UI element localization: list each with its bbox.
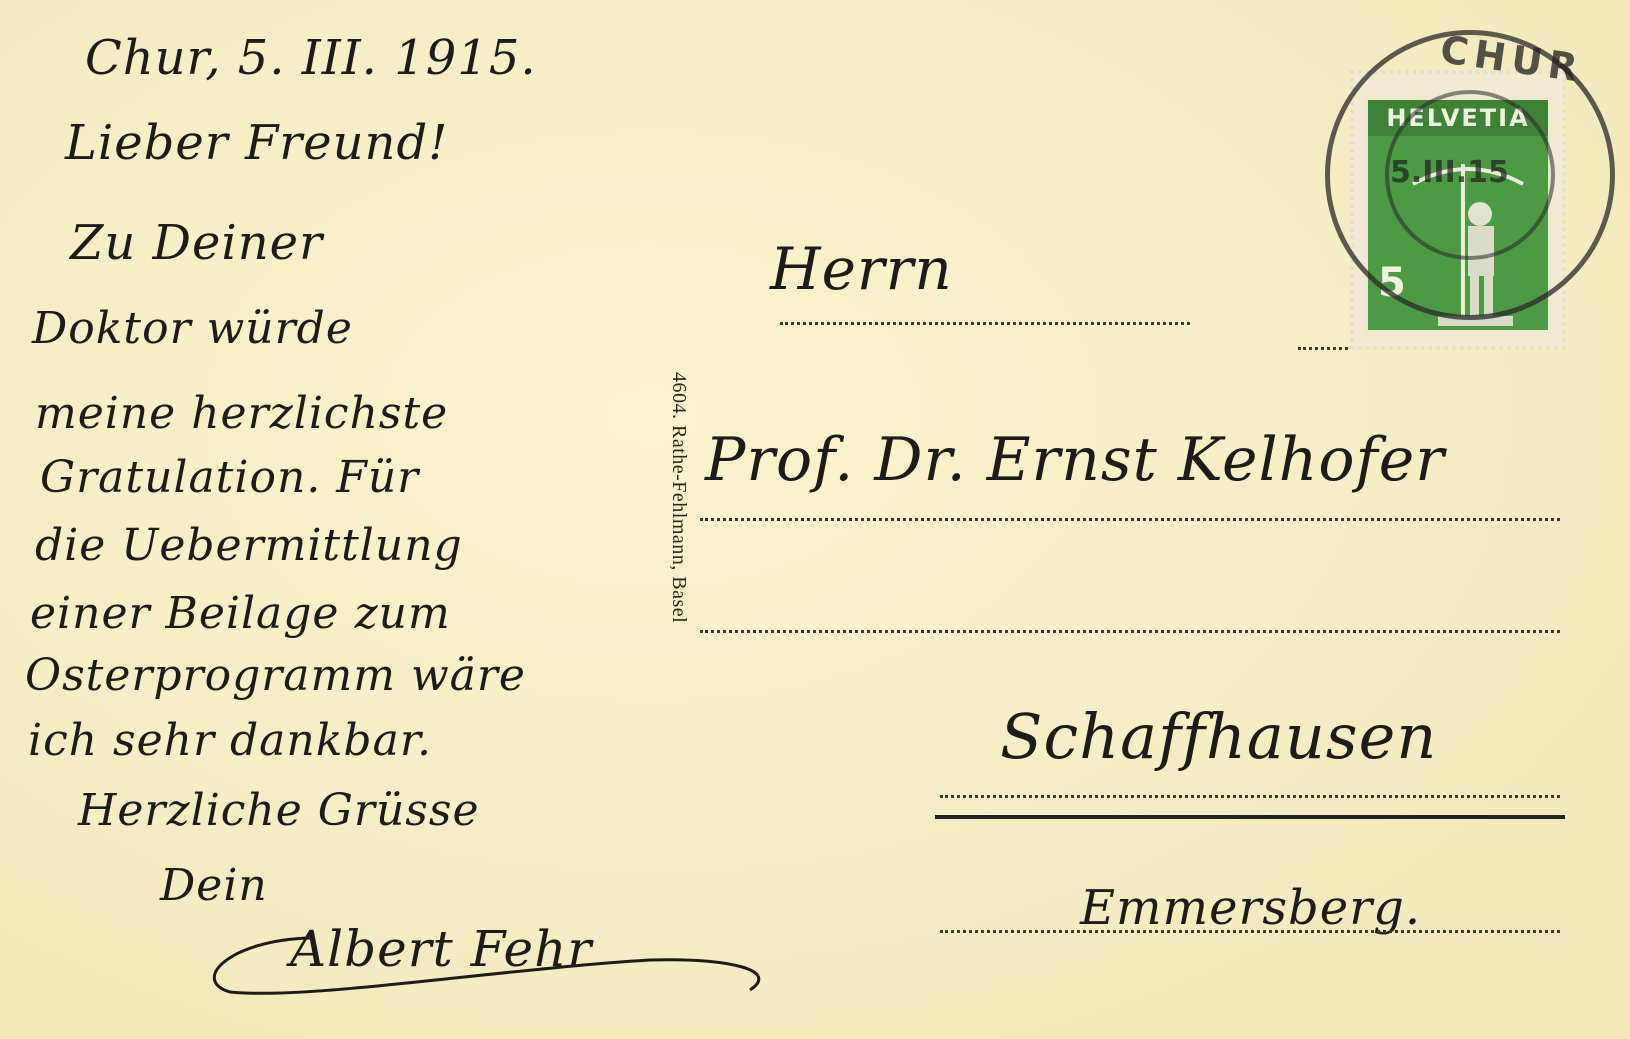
address-name: Prof. Dr. Ernst Kelhofer xyxy=(705,425,1445,495)
letter-line-7: Osterprogramm wäre xyxy=(25,650,526,701)
letter-line-8: ich sehr dankbar. xyxy=(28,715,432,766)
letter-line-1: Zu Deiner xyxy=(70,215,323,271)
address-line-1 xyxy=(780,322,1190,325)
tell-boy-crossbow-icon xyxy=(1408,144,1528,334)
letter-line-4: Gratulation. Für xyxy=(40,452,419,503)
letter-line-6: einer Beilage zum xyxy=(30,588,451,639)
address-city: Schaffhausen xyxy=(1000,700,1437,773)
address-city-underline xyxy=(935,815,1565,819)
letter-dateline: Chur, 5. III. 1915. xyxy=(85,30,537,86)
stamp-country: HELVETIA xyxy=(1368,100,1548,136)
address-line-2 xyxy=(700,518,1560,521)
postage-stamp: HELVETIA 5 xyxy=(1350,70,1566,350)
letter-line-2: Doktor würde xyxy=(32,303,353,354)
stamp-value: 5 xyxy=(1378,260,1406,306)
address-street: Emmersberg. xyxy=(1080,880,1421,936)
letter-salutation: Lieber Freund! xyxy=(65,115,448,171)
letter-signature: Albert Fehr xyxy=(290,920,592,978)
letter-line-5: die Uebermittlung xyxy=(35,520,463,571)
address-line-5 xyxy=(940,930,1560,933)
letter-line-3: meine herzlichste xyxy=(35,388,448,439)
address-line-4 xyxy=(940,795,1560,798)
letter-closing: Herzliche Grüsse xyxy=(78,785,480,836)
address-line-3 xyxy=(700,630,1560,633)
postcard: Chur, 5. III. 1915. Lieber Freund! Zu De… xyxy=(0,0,1630,1039)
stamp-face: HELVETIA 5 xyxy=(1364,96,1552,334)
address-salutation: Herrn xyxy=(770,235,953,303)
publisher-imprint: 4604. Rathe-Fehlmann, Basel xyxy=(667,372,690,623)
letter-closing-dein: Dein xyxy=(160,860,268,911)
